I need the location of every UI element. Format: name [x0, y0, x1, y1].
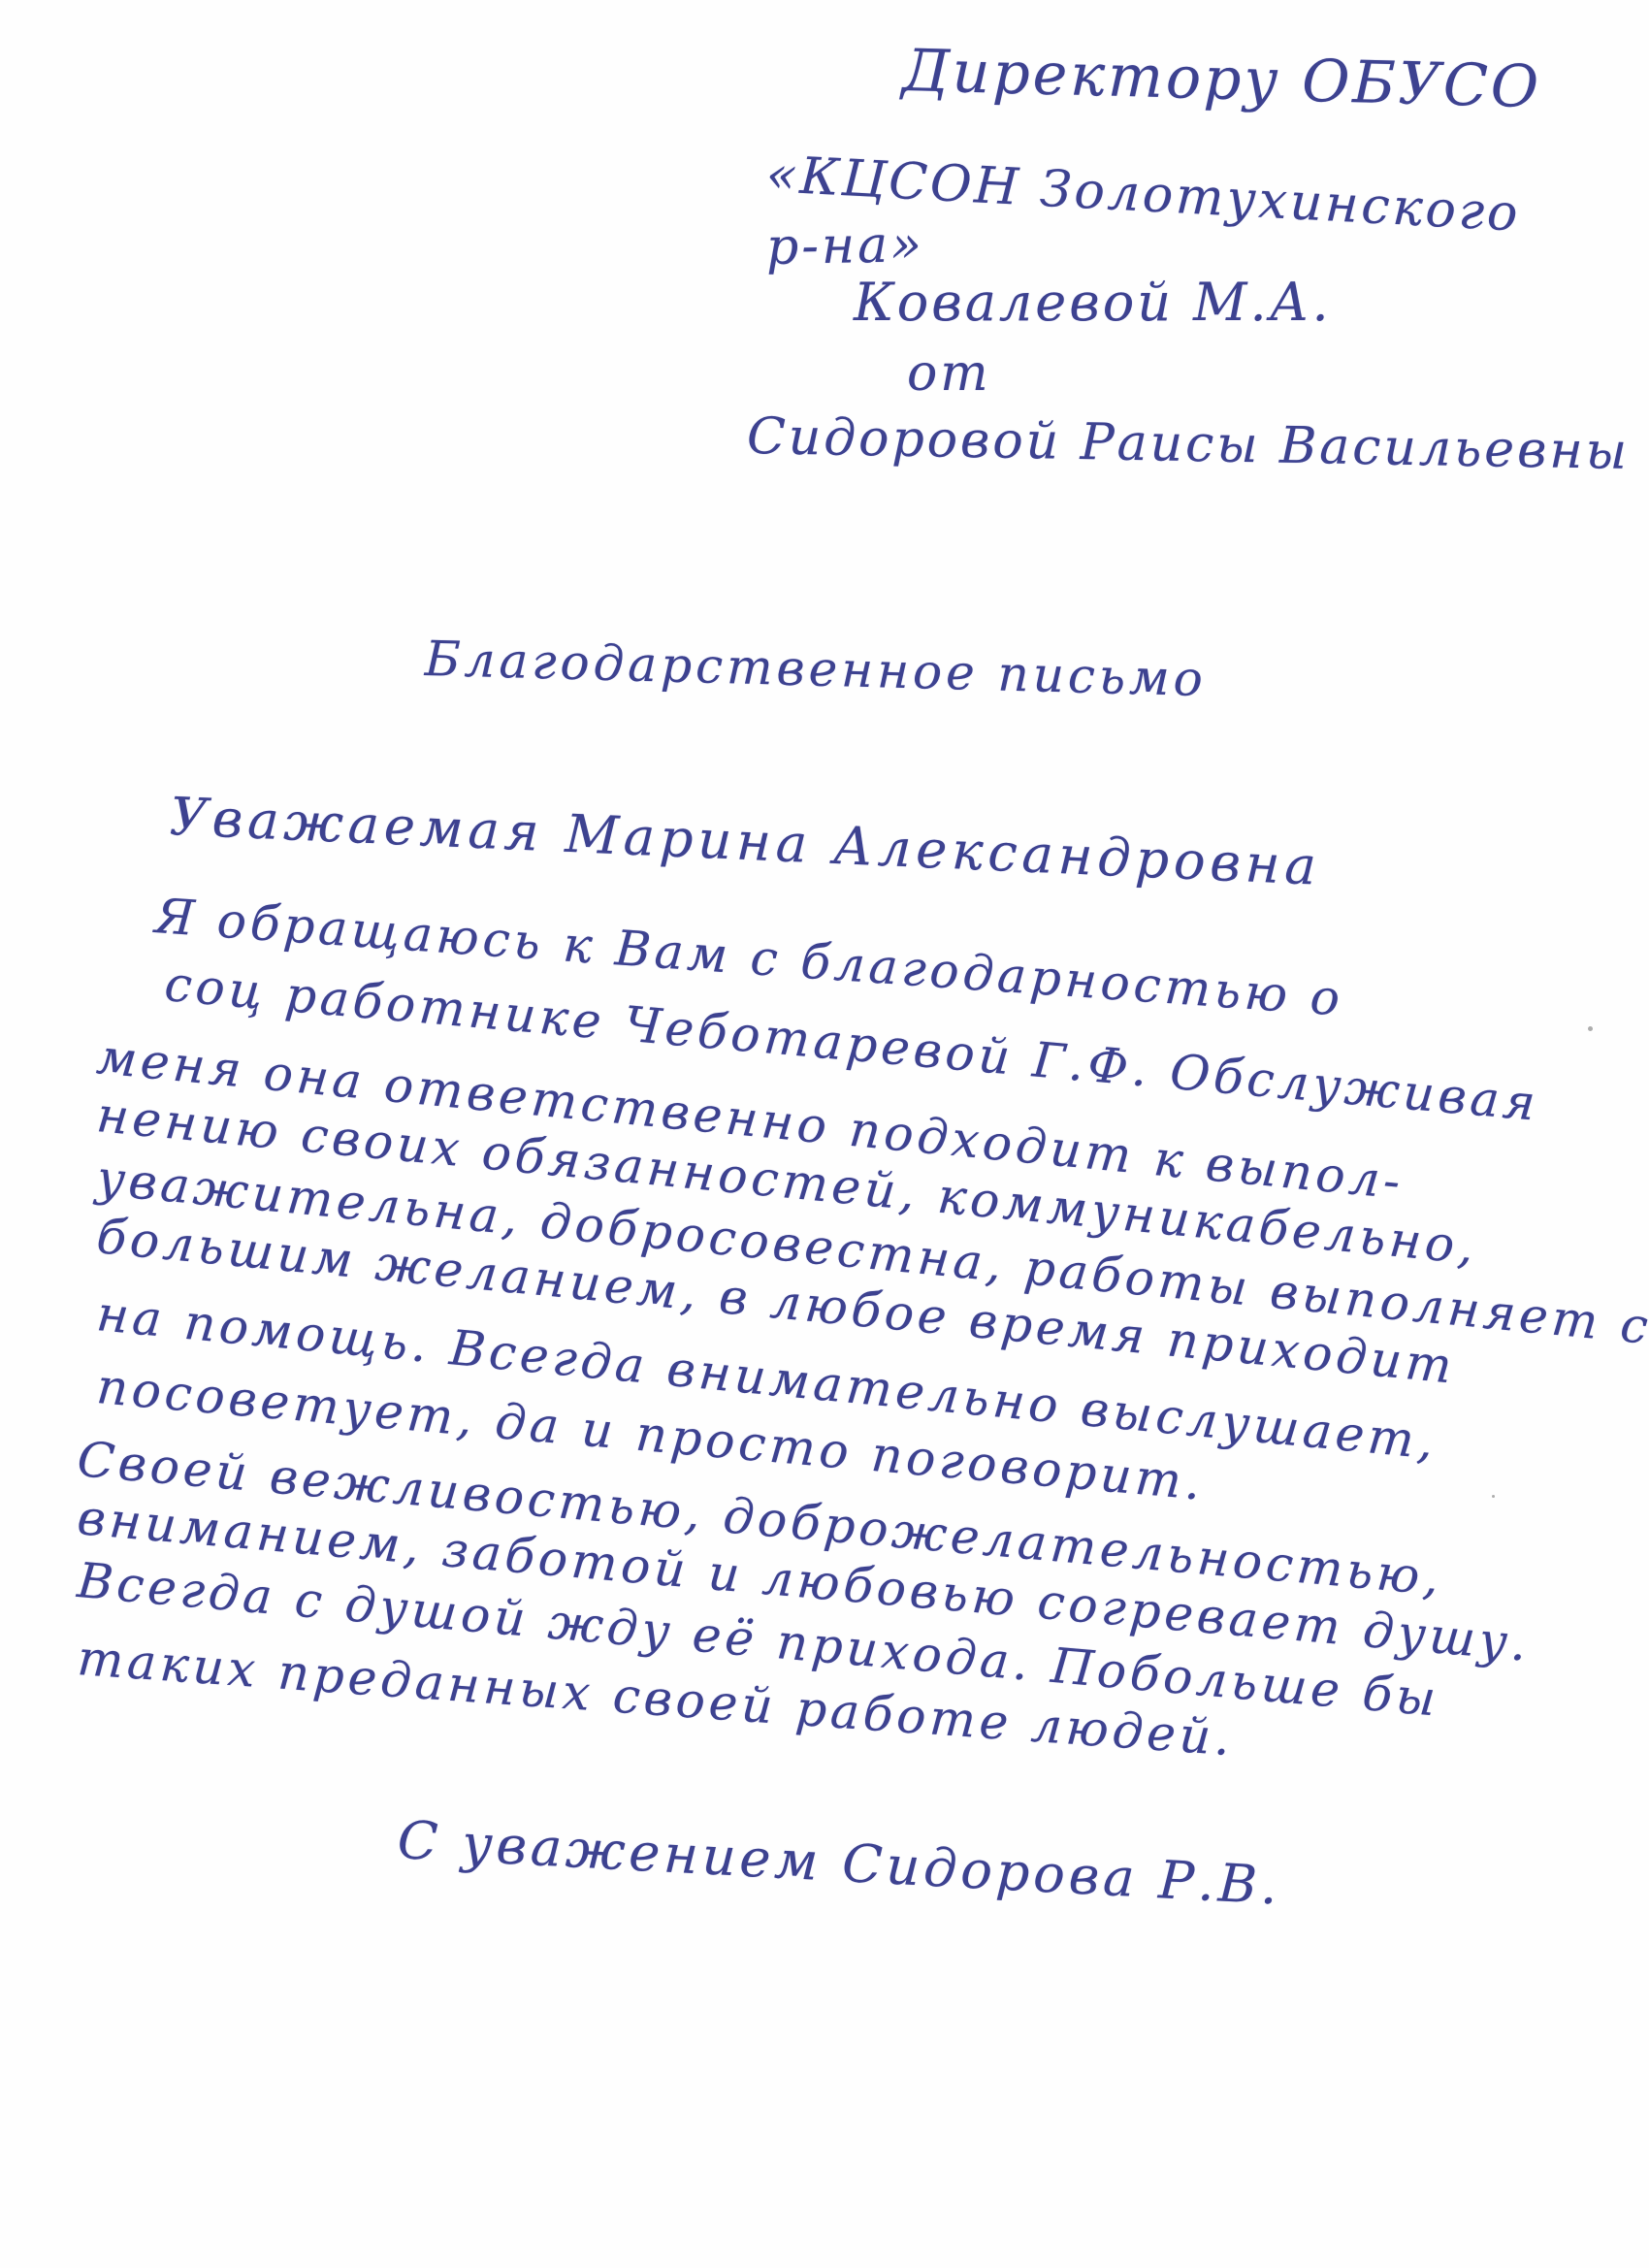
header-line: р-на»: [765, 215, 924, 276]
header-line: Директору ОБУСО: [901, 37, 1542, 121]
header-line: от: [907, 344, 991, 403]
letter-page: Директору ОБУСО «КЦСОН Золотухинского р-…: [0, 0, 1649, 2268]
greeting: Уважаемая Марина Александровна: [169, 786, 1322, 897]
scan-speck: [1492, 1495, 1495, 1498]
letter-title: Благодарственное письмо: [424, 631, 1207, 707]
header-line: Ковалевой М.А.: [854, 272, 1332, 333]
closing-signature: С уважением Сидорова Р.В.: [396, 1809, 1282, 1917]
scan-speck: [1588, 1026, 1593, 1031]
header-line: Сидоровой Раисы Васильевны: [746, 407, 1630, 481]
